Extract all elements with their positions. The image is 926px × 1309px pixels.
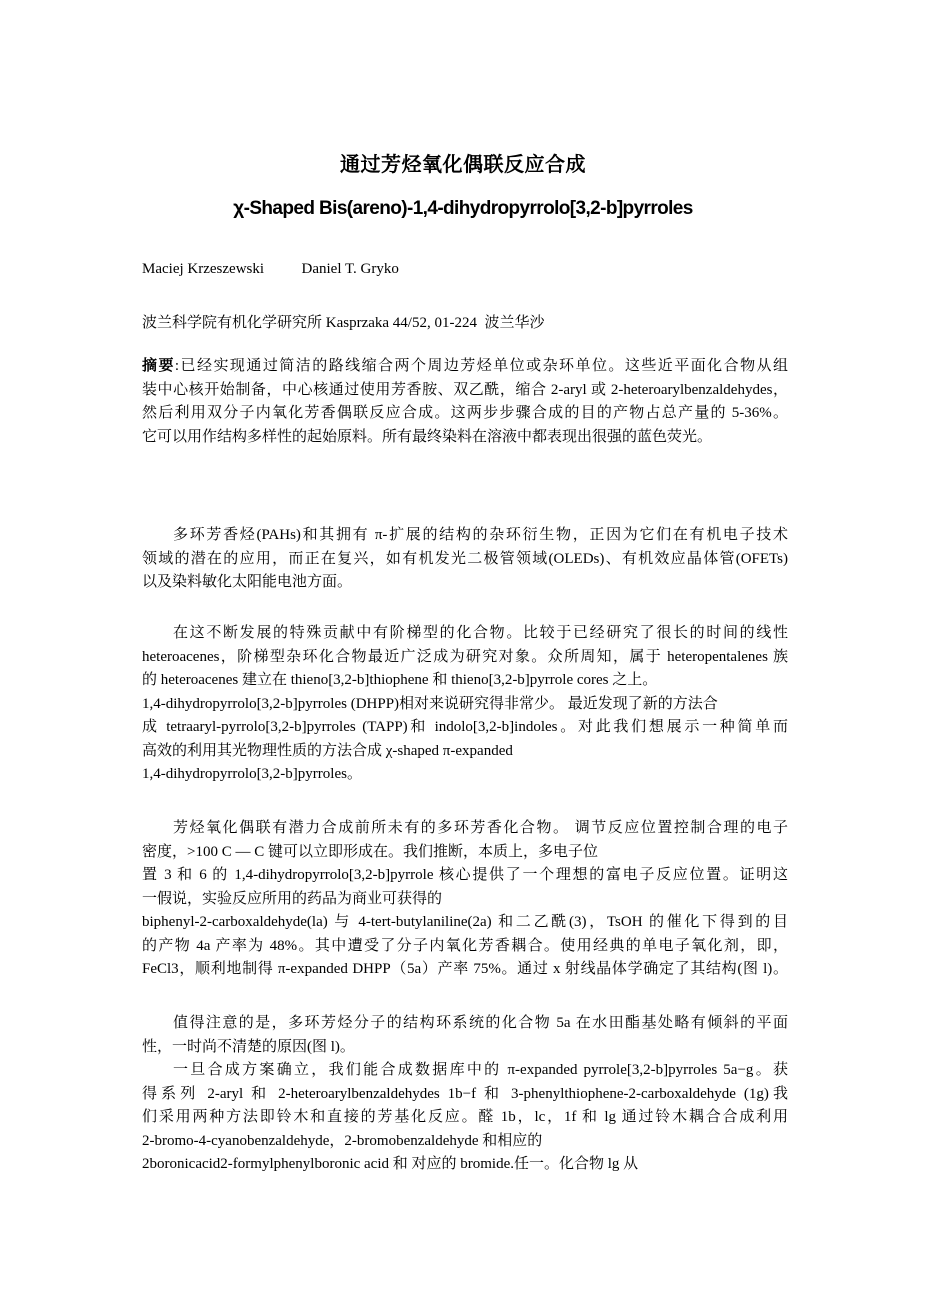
paragraph-line: 2-bromo-4-cyanobenzaldehyde，2-bromobenza… [142, 1130, 788, 1154]
title-english: χ-Shaped Bis(areno)-1,4-dihydropyrrolo[3… [0, 198, 926, 220]
title-chinese: 通过芳烃氧化偶联反应合成 [0, 148, 926, 177]
paragraph-line: 芳烃氧化偶联有潜力合成前所未有的多环芳香化合物。 调节反应位置控制合理的电子 [142, 817, 788, 841]
paragraph-line: 性，一时尚不清楚的原因(图 l)。 [142, 1036, 788, 1060]
paragraph-line: 的 heteroacenes 建立在 thieno[3,2-b]thiophen… [142, 669, 788, 693]
paragraph-line: 密度，>100 C — C 键可以立即形成在。我们推断，本质上，多电子位 [142, 841, 788, 865]
paragraph-line: 置 3 和 6 的 1,4-dihydropyrrolo[3,2-b]pyrro… [142, 864, 788, 888]
document-page: 通过芳烃氧化偶联反应合成 χ-Shaped Bis(areno)-1,4-dih… [0, 0, 926, 1309]
paragraph-library: 一旦合成方案确立，我们能合成数据库中的 π-expanded pyrrole[3… [142, 1059, 788, 1177]
paragraph-line: 值得注意的是，多环芳烃分子的结构环系统的化合物 5a 在水田酯基处略有倾斜的平面 [142, 1012, 788, 1036]
paragraph-coupling: 芳烃氧化偶联有潜力合成前所未有的多环芳香化合物。 调节反应位置控制合理的电子 密… [142, 817, 788, 982]
paragraph-ladder: 在这不断发展的特殊贡献中有阶梯型的化合物。比较于已经研究了很长的时间的线性 he… [142, 622, 788, 787]
abstract-line: 然后利用双分子内氧化芳香偶联反应合成。这两步步骤合成的目的产物占总产量的 5-3… [142, 402, 788, 426]
paragraph-line: 在这不断发展的特殊贡献中有阶梯型的化合物。比较于已经研究了很长的时间的线性 [142, 622, 788, 646]
paragraph-line: 一假说，实验反应所用的药品为商业可获得的 [142, 888, 788, 912]
paragraph-line: 领域的潜在的应用，而正在复兴，如有机发光二极管领域(OLEDs)、有机效应晶体管… [142, 548, 788, 572]
paragraph-line: 高效的利用其光物理性质的方法合成 χ-shaped π-expanded [142, 740, 788, 764]
abstract-label: 摘要 [142, 358, 175, 374]
paragraph-line: 一旦合成方案确立，我们能合成数据库中的 π-expanded pyrrole[3… [142, 1059, 788, 1083]
paragraph-line: 得系列 2-aryl 和 2-heteroarylbenzaldehydes 1… [142, 1083, 788, 1107]
paragraph-line: 们采用两种方法即铃木和直接的芳基化反应。醛 1b，lc，1f 和 lg 通过铃木… [142, 1106, 788, 1130]
paragraph-line: 1,4-dihydropyrrolo[3,2-b]pyrroles (DHPP)… [142, 693, 788, 717]
paragraph-intro: 多环芳香烃(PAHs)和其拥有 π-扩展的结构的杂环衍生物，正因为它们在有机电子… [142, 524, 788, 595]
paragraph-line: 1,4-dihydropyrrolo[3,2-b]pyrroles。 [142, 763, 788, 787]
abstract: 摘要:已经实现通过简洁的路线缩合两个周边芳烃单位或杂环单位。这些近平面化合物从组… [142, 355, 788, 449]
abstract-line: 装中心核开始制备，中心核通过使用芳香胺、双乙酰，缩合 2-aryl 或 2-he… [142, 379, 788, 403]
paragraph-line: 以及染料敏化太阳能电池方面。 [142, 571, 788, 595]
abstract-line: 摘要:已经实现通过简洁的路线缩合两个周边芳烃单位或杂环单位。这些近平面化合物从组 [142, 355, 788, 379]
paragraph-line: 成 tetraaryl-pyrrolo[3,2-b]pyrroles (TAPP… [142, 716, 788, 740]
paragraph-line: FeCl3，顺利地制得 π-expanded DHPP（5a）产率 75%。通过… [142, 958, 788, 982]
paragraph-line: 多环芳香烃(PAHs)和其拥有 π-扩展的结构的杂环衍生物，正因为它们在有机电子… [142, 524, 788, 548]
paragraph-line: 的产物 4a 产率为 48%。其中遭受了分子内氧化芳香耦合。使用经典的单电子氧化… [142, 935, 788, 959]
abstract-line: 它可以用作结构多样性的起始原料。所有最终染料在溶液中都表现出很强的蓝色荧光。 [142, 426, 788, 450]
affiliation: 波兰科学院有机化学研究所 Kasprzaka 44/52, 01-224 波兰华… [142, 311, 544, 332]
paragraph-line: 2boronicacid2-formylphenylboronic acid 和… [142, 1153, 788, 1177]
paragraph-planarity: 值得注意的是，多环芳烃分子的结构环系统的化合物 5a 在水田酯基处略有倾斜的平面… [142, 1012, 788, 1059]
paragraph-line: biphenyl-2-carboxaldehyde(la) 与 4-tert-b… [142, 911, 788, 935]
authors: Maciej Krzeszewski Daniel T. Gryko [142, 261, 399, 278]
paragraph-line: heteroacenes，阶梯型杂环化合物最近广泛成为研究对象。众所周知，属于 … [142, 646, 788, 670]
